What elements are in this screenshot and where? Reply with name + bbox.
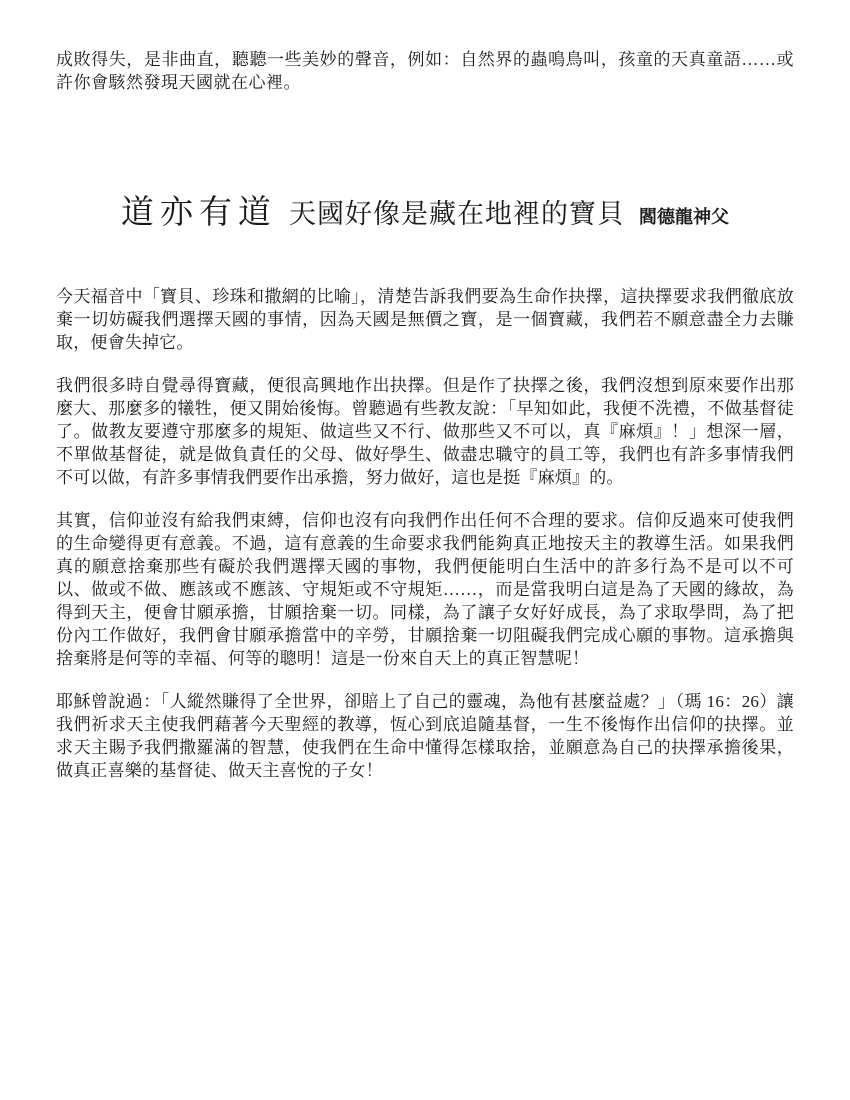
paragraph-2: 我們很多時自覺尋得寶藏，便很高興地作出抉擇。但是作了抉擇之後，我們沒想到原來要作… — [56, 374, 794, 489]
author-name: 閻德龍神父 — [639, 207, 729, 227]
article-title: 道亦有道 天國好像是藏在地裡的寶貝 閻德龍神父 — [56, 186, 794, 233]
article-headline: 天國好像是藏在地裡的寶貝 — [289, 199, 625, 229]
paragraph-1: 今天福音中「寶貝、珍珠和撒網的比喻」，清楚告訴我們要為生命作抉擇，這抉擇要求我們… — [56, 285, 794, 354]
intro-paragraph: 成敗得失，是非曲直，聽聽一些美妙的聲音，例如：自然界的蟲鳴鳥叫，孩童的天真童語…… — [56, 48, 794, 94]
paragraph-4: 耶穌曾說過：「人縱然賺得了全世界，卻賠上了自己的靈魂，為他有甚麼益處？」（瑪 1… — [56, 690, 794, 782]
paragraph-3: 其實，信仰並沒有給我們束縛，信仰也沒有向我們作出任何不合理的要求。信仰反過來可使… — [56, 509, 794, 670]
column-title: 道亦有道 — [121, 195, 277, 231]
document-page: 成敗得失，是非曲直，聽聽一些美妙的聲音，例如：自然界的蟲鳴鳥叫，孩童的天真童語…… — [0, 0, 850, 1100]
article-body: 今天福音中「寶貝、珍珠和撒網的比喻」，清楚告訴我們要為生命作抉擇，這抉擇要求我們… — [56, 285, 794, 782]
